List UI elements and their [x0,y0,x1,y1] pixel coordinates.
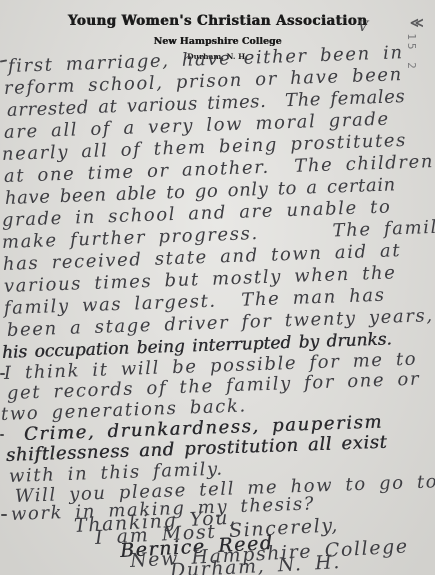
pencil-check-annotation: V [358,19,368,35]
letterhead-organization: Young Women's Christian Association [0,13,435,29]
scan-mark [1,514,7,516]
scanned-letter-page: Young Women's Christian Association New … [0,0,435,575]
scan-mark [0,59,7,62]
scan-mark [0,373,5,375]
stamp-chevron-icon: ≪ [410,16,424,31]
scan-mark [0,434,4,436]
sideways-page-number: 15 2 [405,33,418,72]
